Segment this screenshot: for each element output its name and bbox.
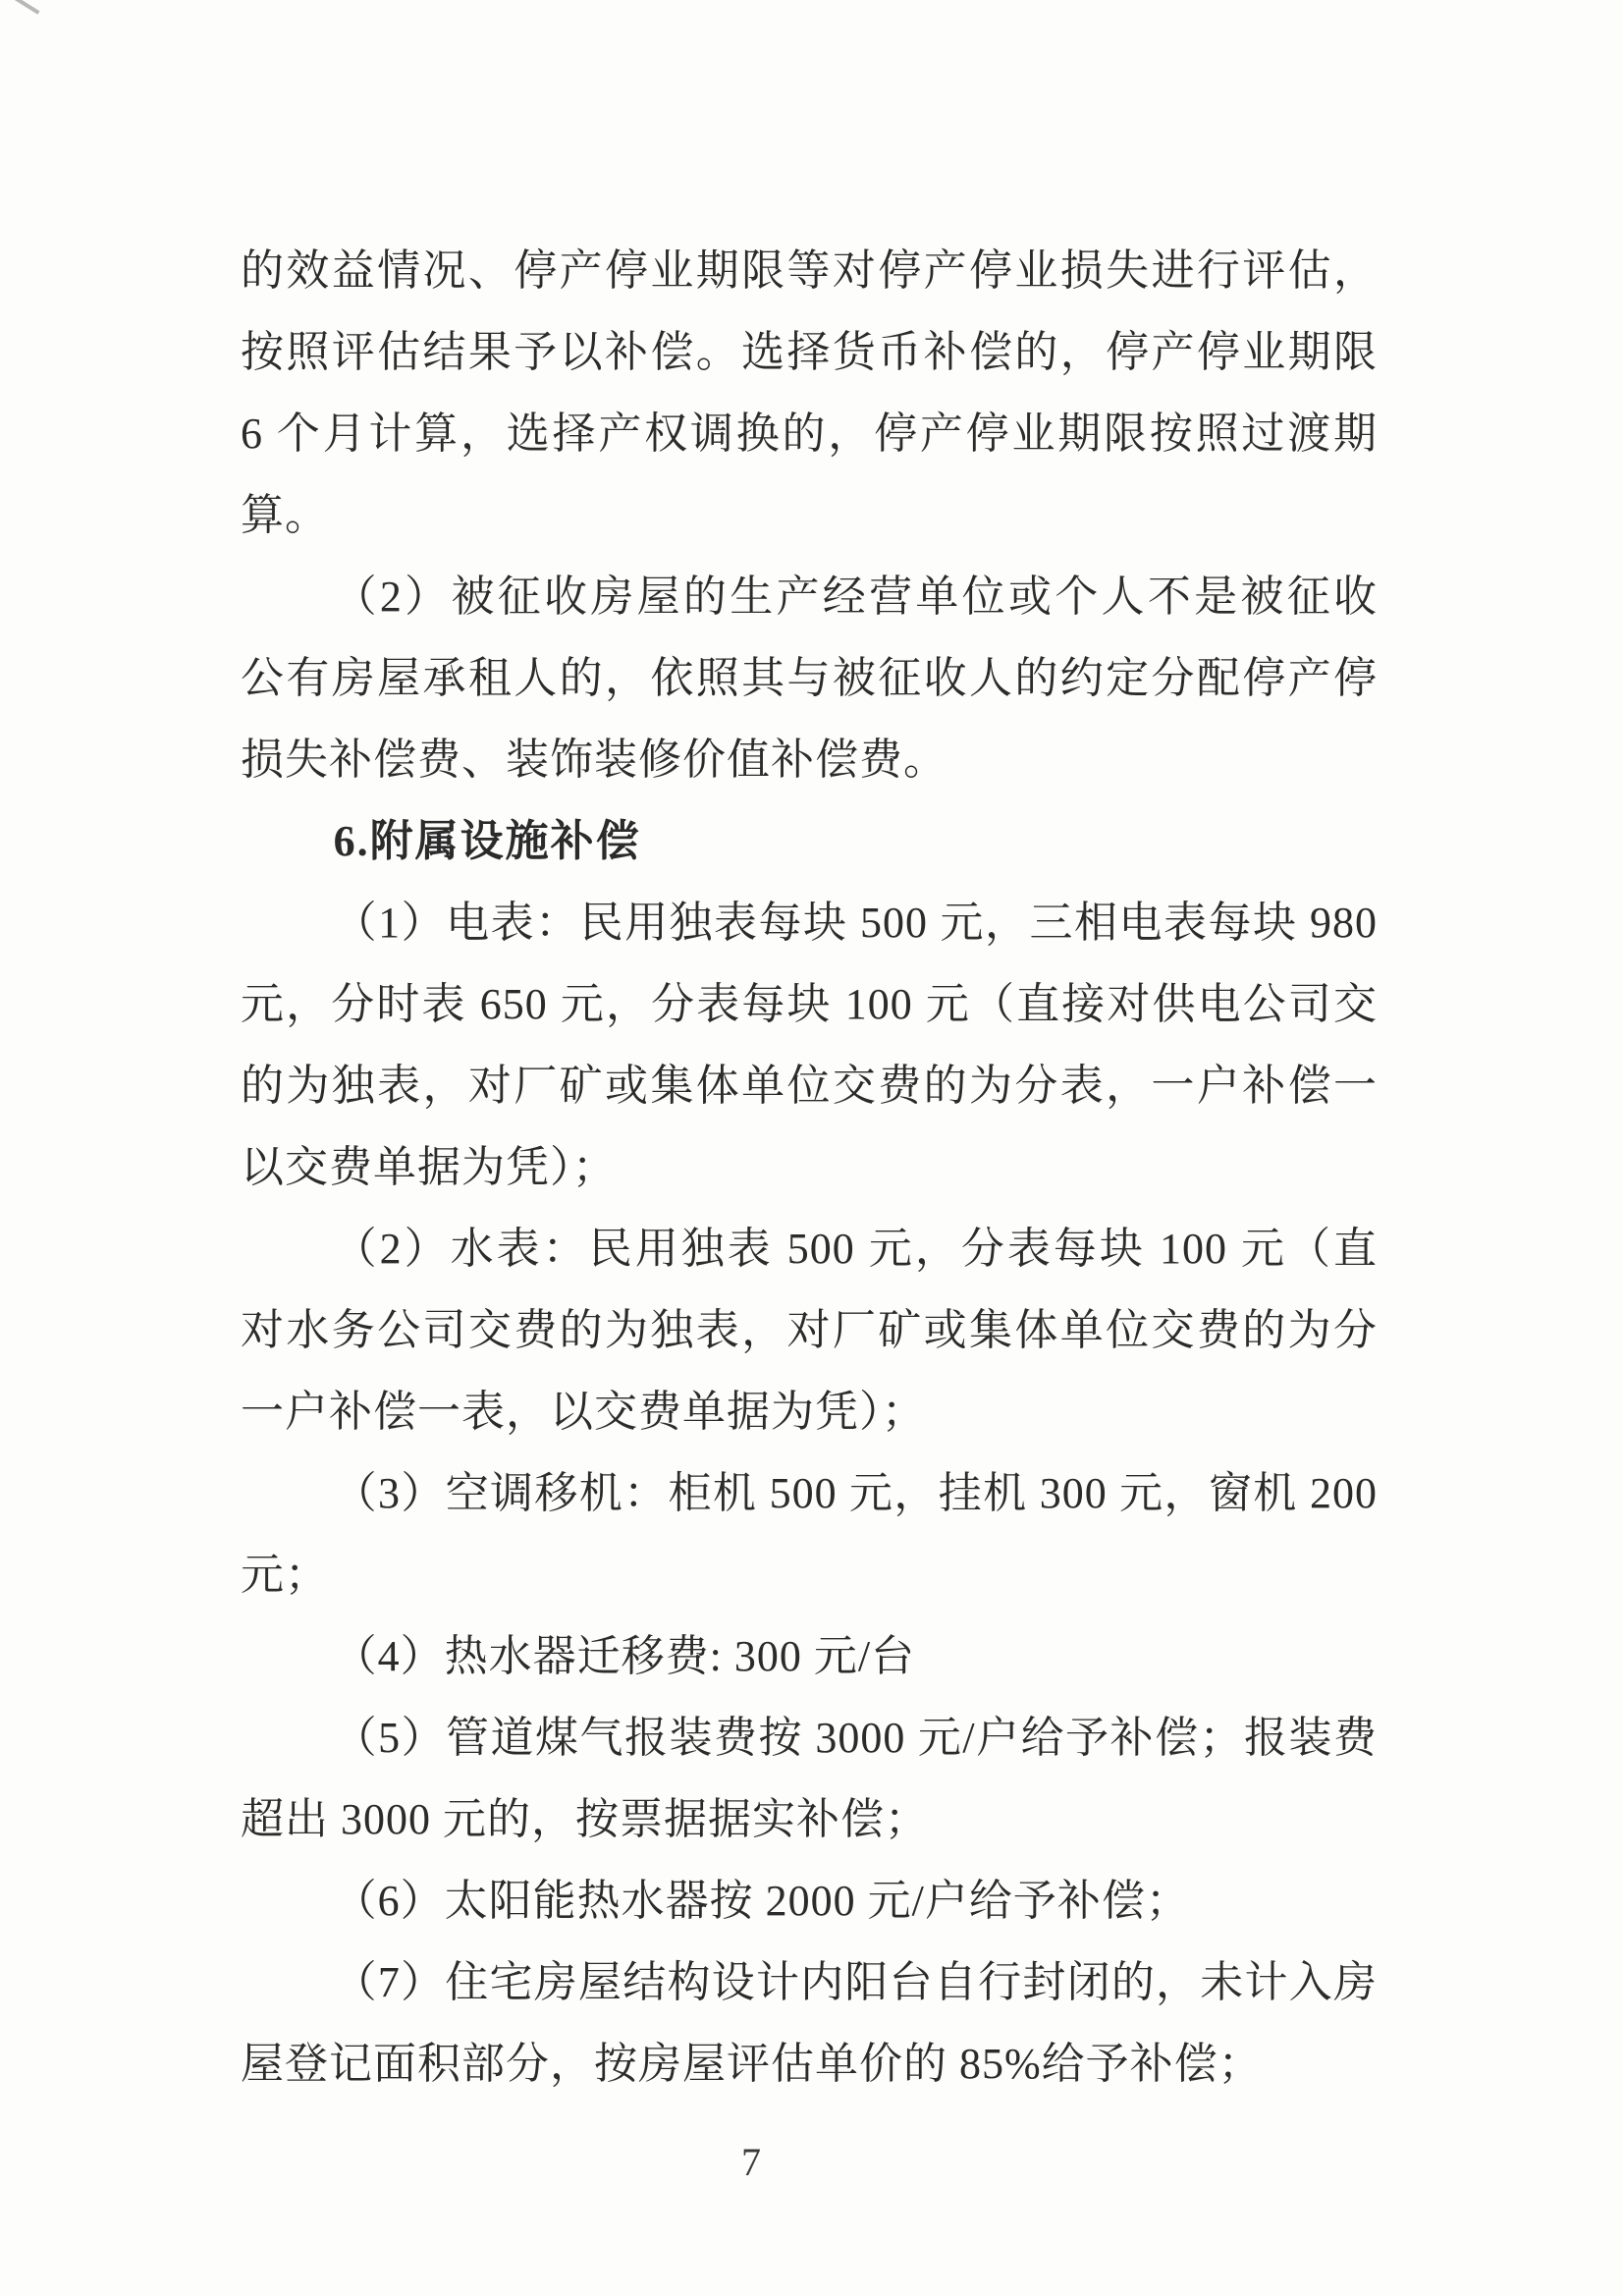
text-line: 一户补偿一表，以交费单据为凭）；: [241, 1371, 1378, 1452]
text-line: 损失补偿费、装饰装修价值补偿费。: [241, 719, 1378, 800]
paragraph: （6）太阳能热水器按 2000 元/户给予补偿；: [241, 1860, 1378, 1941]
text-line: （2）水表：民用独表 500 元，分表每块 100 元（直接: [241, 1208, 1378, 1289]
text-line: 超出 3000 元的，按票据据实补偿；: [241, 1778, 1378, 1860]
paragraph: 的效益情况、停产停业期限等对停产停业损失进行评估，并按照评估结果予以补偿。选择货…: [241, 230, 1378, 556]
text-line: 的效益情况、停产停业期限等对停产停业损失进行评估，并: [241, 230, 1378, 311]
paragraph: （5）管道煤气报装费按 3000 元/户给予补偿；报装费超出 3000 元的，按…: [241, 1697, 1378, 1860]
document-page: 的效益情况、停产停业期限等对停产停业损失进行评估，并按照评估结果予以补偿。选择货…: [0, 0, 1623, 2296]
text-line: （1）电表：民用独表每块 500 元，三相电表每块 980: [241, 882, 1378, 963]
text-line: （6）太阳能热水器按 2000 元/户给予补偿；: [241, 1860, 1378, 1941]
text-line: （3）空调移机：柜机 500 元，挂机 300 元，窗机 200: [241, 1452, 1378, 1534]
text-line: 算。: [241, 474, 1378, 556]
paragraph: （2）被征收房屋的生产经营单位或个人不是被征收人、公有房屋承租人的，依照其与被征…: [241, 556, 1378, 800]
text-line: 元，分时表 650 元，分表每块 100 元（直接对供电公司交费: [241, 963, 1378, 1045]
paragraph: （4）热水器迁移费: 300 元/台: [241, 1615, 1378, 1697]
section-heading: 6.附属设施补偿: [241, 800, 1378, 882]
paragraph: （1）电表：民用独表每块 500 元，三相电表每块 980元，分时表 650 元…: [241, 882, 1378, 1208]
text-line: 公有房屋承租人的，依照其与被征收人的约定分配停产停业: [241, 637, 1378, 719]
paragraph: （3）空调移机：柜机 500 元，挂机 300 元，窗机 200元；: [241, 1452, 1378, 1615]
text-line: 元；: [241, 1534, 1378, 1615]
text-line: 的为独表，对厂矿或集体单位交费的为分表，一户补偿一表，: [241, 1045, 1378, 1126]
text-line: 按照评估结果予以补偿。选择货币补偿的，停产停业期限按: [241, 311, 1378, 393]
text-line: （2）被征收房屋的生产经营单位或个人不是被征收人、: [241, 556, 1378, 637]
paragraph: （7）住宅房屋结构设计内阳台自行封闭的，未计入房屋登记面积部分，按房屋评估单价的…: [241, 1941, 1378, 2105]
document-body: 的效益情况、停产停业期限等对停产停业损失进行评估，并按照评估结果予以补偿。选择货…: [241, 230, 1378, 2105]
text-line: 屋登记面积部分，按房屋评估单价的 85%给予补偿；: [241, 2023, 1378, 2105]
scan-corner-artifact: [10, 0, 40, 15]
page-number: 7: [722, 2139, 781, 2185]
text-line: 以交费单据为凭）；: [241, 1126, 1378, 1208]
text-line: 6.附属设施补偿: [241, 800, 1378, 882]
text-line: （5）管道煤气报装费按 3000 元/户给予补偿；报装费: [241, 1697, 1378, 1778]
text-line: 6 个月计算，选择产权调换的，停产停业期限按照过渡期计: [241, 393, 1378, 474]
text-line: 对水务公司交费的为独表，对厂矿或集体单位交费的为分表，: [241, 1289, 1378, 1371]
paragraph: （2）水表：民用独表 500 元，分表每块 100 元（直接对水务公司交费的为独…: [241, 1208, 1378, 1452]
text-line: （7）住宅房屋结构设计内阳台自行封闭的，未计入房: [241, 1941, 1378, 2023]
text-line: （4）热水器迁移费: 300 元/台: [241, 1615, 1378, 1697]
